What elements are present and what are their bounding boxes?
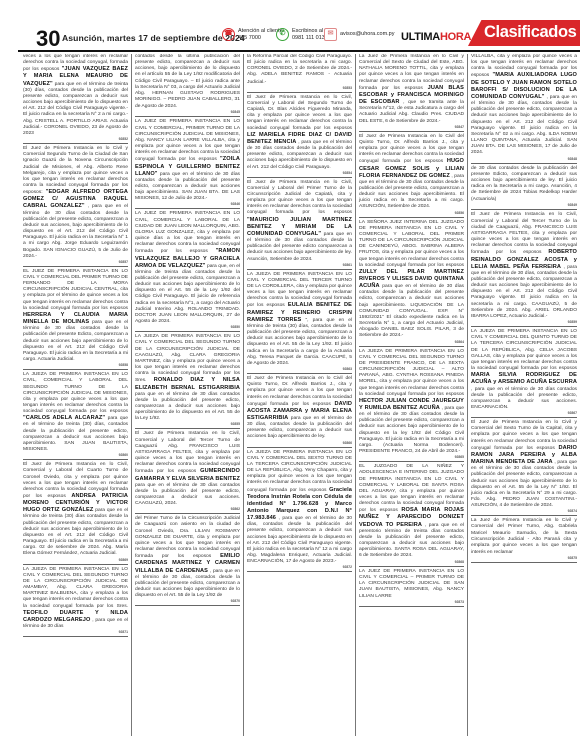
legal-notice: LA JUEZA DE PRIMERA INSTANCIA EN LO CIVI… — [471, 329, 577, 418]
notice-code: 92852 — [23, 137, 128, 141]
notice-text: LA JUEZ DE PRIMERA INSTANCIA EN LO CIVIL… — [359, 569, 464, 600]
notice-parties: "CARLOS ADELA ALCARAZ" — [23, 415, 105, 421]
notice-code: 92854 — [247, 171, 352, 175]
legal-notice: contados desde la última publicación del… — [135, 54, 240, 117]
column-1: veces a los que tengan interés en reclam… — [20, 54, 132, 736]
notice-text: LA JUEZA DE PRIMERA INSTANCIA EN LO CIVI… — [135, 334, 240, 383]
notice-text: , para que en el perentorio término de t… — [359, 523, 464, 559]
notice-code: 92871 — [23, 630, 128, 634]
notice-code: 92866 — [247, 441, 352, 445]
notice-code: 92870 — [135, 599, 240, 603]
phone-icon: ☎ — [222, 28, 235, 41]
notice-code: 92858 — [23, 363, 128, 367]
notice-code: 92869 — [23, 558, 128, 562]
legal-notice: El Juez de Primera Instancia en lo Civil… — [247, 95, 352, 178]
notice-code: 92855 — [135, 422, 240, 426]
notice-text: EL JUEZ DE PRIMERA INSTANCIA EN LO CIVIL… — [23, 269, 128, 311]
dateline: Asunción, martes 17 de septiembre de 202… — [62, 33, 245, 43]
column-2: contados desde la última publicación del… — [132, 54, 244, 736]
legal-notice: El Juez de Primera Instancia en lo Civil… — [23, 146, 128, 267]
notice-code: 92860 — [23, 453, 128, 457]
legal-notice: EL JUEZ DE PRIMERA INSTANCIA EN LO CIVIL… — [23, 269, 128, 370]
notice-text: LA JUEZA DE PRIMERA INSTANCIA EN LO CIVI… — [23, 567, 128, 609]
legal-notice: El Juez de Primera Instancia en lo Civil… — [471, 420, 577, 516]
notice-text: para que en el término de treinta (30) d… — [23, 508, 128, 556]
legal-notice: de 30 días contados desde la publicación… — [471, 166, 577, 211]
notice-text: para que en el término de 30 días contad… — [135, 392, 240, 422]
notice-code: 92865 — [359, 455, 464, 459]
notice-code: 92853 — [247, 86, 352, 90]
legal-notice: LA JUEZA DE PRIMERA INSTANCIA EN LO CIVI… — [23, 372, 128, 460]
legal-notice: veces a los que tengan interés en reclam… — [23, 54, 128, 144]
page-number: 30 — [36, 26, 60, 52]
notice-text: , para que en el término de 30 días cont… — [23, 204, 128, 258]
notice-code: 92861 — [247, 263, 352, 267]
legal-notice: la Reforma Parcial del Código Civil Para… — [247, 54, 352, 93]
notice-text: la Reforma Parcial del Código Civil Para… — [247, 54, 352, 85]
notice-text: El Juez de Primera Instancia en lo Civil… — [23, 146, 128, 195]
legal-notice: El Juez de Primera Instancia en lo Civil… — [359, 134, 464, 218]
notice-text: El Juez de Primera Instancia en lo Civil… — [247, 180, 352, 216]
legal-notice: El Juez de Primera Instancia en lo Civil… — [247, 376, 352, 448]
notice-code: 92856 — [359, 211, 464, 215]
notice-text: contados desde la última publicación del… — [135, 54, 240, 109]
legal-notice: LA JUEZ DE PRIMERA INSTANCIA EN LO CIVIL… — [135, 119, 240, 209]
legal-notice: El Juez de Primera Instancia en lo Civil… — [23, 462, 128, 564]
notice-text: ", para que en el término de treinta (30… — [247, 318, 352, 366]
notice-code: 92875 — [471, 556, 577, 560]
brand-main: ULTIMA — [401, 31, 440, 43]
notice-text: , para que en el término de 30 días cont… — [471, 460, 577, 508]
notice-text: para que, en el término de treinta días … — [135, 264, 240, 324]
notice-text: para que en el término de 30 días contad… — [135, 483, 240, 506]
header-rule — [18, 50, 580, 52]
legal-notice: LA JUEZA DE PRIMERA INSTANCIA EN LO CIVI… — [247, 272, 352, 374]
notice-code: 92874 — [471, 509, 577, 513]
notice-code: 92867 — [471, 411, 577, 415]
legal-notice: LA JUEZA DE PRIMERA INSTANCIA EN LO CIVI… — [359, 349, 464, 463]
notice-text: para que en el término de 30 días contad… — [23, 320, 128, 362]
notice-text: para que en el término de treinta (30) d… — [23, 82, 128, 136]
notice-code: 92846 — [135, 202, 240, 206]
legal-notice: La Juez de Primera Instancia en lo Civil… — [471, 518, 577, 563]
legal-notice: LA JUEZ DE PRIMERA INSTANCIA EN LO CIVIL… — [359, 569, 464, 608]
notice-code: 92845 — [135, 110, 240, 114]
notice-text: LA JUEZA DE PRIMERA INSTANCIA EN LO CIVI… — [359, 349, 464, 397]
notice-code: 92862 — [135, 507, 240, 511]
notice-text: , para que en el término de 30 días cont… — [471, 387, 577, 410]
legal-notice: LA JUEZ DE PRIMERA INSTANCIA EN LO CIVIL… — [135, 211, 240, 332]
contact-value: 0981 111 013 — [292, 35, 325, 42]
notice-code: 92872 — [247, 565, 352, 569]
notice-code: 92857 — [23, 260, 128, 264]
brand-logo: ULTIMAHORA — [401, 31, 471, 43]
notice-text: La Juez de Primera Instancia en lo Civil… — [471, 518, 577, 555]
page-header: 30 Asunción, martes 17 de septiembre de … — [0, 0, 580, 52]
notice-text: El Juez de Primera Instancia en lo Civil… — [247, 95, 352, 131]
contact-customer-service: ☎ Atención al cliente: 415 7000 — [222, 28, 284, 41]
notice-code: 92850 — [135, 325, 240, 329]
notice-text: para que en el término de 30 días contad… — [359, 284, 464, 338]
notice-text: para que en el término de treinta (30) d… — [23, 416, 128, 452]
notice-text: , para que en el término de 30 días cont… — [359, 406, 464, 454]
notice-code: 92849 — [471, 203, 577, 207]
legal-notice: LA JUEZA DE PRIMERA INSTANCIA EN LO CIVI… — [23, 567, 128, 638]
notice-code: 92847 — [359, 125, 464, 129]
legal-notice: El Juez de Primera Instancia en lo Civil… — [471, 212, 577, 327]
notice-text: LA JUEZA DE PRIMERA INSTANCIA EN LO CIVI… — [471, 329, 577, 371]
column-5: VILLALBA, cita y emplaza por quince vece… — [468, 54, 580, 736]
notice-code: 92863 — [247, 367, 352, 371]
notice-text: de 30 días contados desde la publicación… — [471, 166, 577, 203]
notice-parties: MARIA SILVIA RODRIGUEZ DE ACUÑA y ARSEMI… — [471, 372, 577, 385]
notice-columns: veces a los que tengan interés en reclam… — [20, 54, 580, 736]
legal-notice: LA JUEZA DE PRIMERA INSTANCIA EN LO CIVI… — [135, 334, 240, 429]
notice-text: , para que en el término de 30 días cont… — [359, 174, 464, 210]
contact-whatsapp: ✆ Escribinos al 0981 111 013 — [276, 28, 325, 41]
notice-text: , para que en el término de 30 días, con… — [247, 516, 352, 564]
legal-notice: LA SEÑORA JUEZ INTERINA DEL JUZGADO DE P… — [359, 220, 464, 347]
contact-label: Escribinos al — [292, 28, 325, 35]
legal-notice: EL JUZGADO DE LA NIÑEZ Y ADOLESCENCIA E … — [359, 464, 464, 566]
notice-code: 92859 — [471, 320, 577, 324]
column-4: La Juez de Primera Instancia en lo Civil… — [356, 54, 468, 736]
email-icon: ✉ — [324, 28, 337, 41]
notice-parties: RONALDO DIAZ Y NILSA ELIZABETH BERNAL ES… — [135, 377, 240, 390]
section-title: Clasificados — [484, 23, 576, 42]
notice-code: 92848 — [471, 157, 577, 161]
legal-notice: La Juez de Primera Instancia en lo Civil… — [359, 54, 464, 132]
section-banner: Clasificados — [468, 20, 580, 46]
contact-value: avisos@uhora.com.py — [340, 31, 395, 38]
notice-text: LA JUEZA DE PRIMERA INSTANCIA EN LO CIVI… — [23, 372, 128, 414]
whatsapp-icon: ✆ — [276, 28, 289, 41]
legal-notice: VILLALBA, cita y emplaza por quince vece… — [471, 54, 577, 164]
notice-text: EL JUZGADO DE LA NIÑEZ Y ADOLESCENCIA E … — [359, 464, 464, 513]
contact-email: ✉ avisos@uhora.com.py — [324, 28, 395, 41]
legal-notice: LA JUEZA DE PRIMERA INSTANCIA EN LO CIVI… — [247, 450, 352, 573]
column-3: la Reforma Parcial del Código Civil Para… — [244, 54, 356, 736]
legal-notice: del Primer Turno de la Circunscripción J… — [135, 516, 240, 606]
notice-text: , para que en el término de 30 días, con… — [471, 95, 577, 155]
legal-notice: El Juez de Primera Instancia en lo Civil… — [247, 180, 352, 270]
notice-code: 92873 — [359, 600, 464, 604]
notice-code: 92864 — [359, 340, 464, 344]
brand-accent: HORA — [440, 31, 471, 43]
notice-text: LA SEÑORA JUEZ INTERINA DEL JUZGADO DE P… — [359, 220, 464, 268]
notice-code: 92868 — [359, 560, 464, 564]
legal-notice: El Juez de Primera Instancia en lo Civil… — [135, 431, 240, 514]
notice-text: , para que en el término de 30 días, con… — [471, 265, 577, 319]
